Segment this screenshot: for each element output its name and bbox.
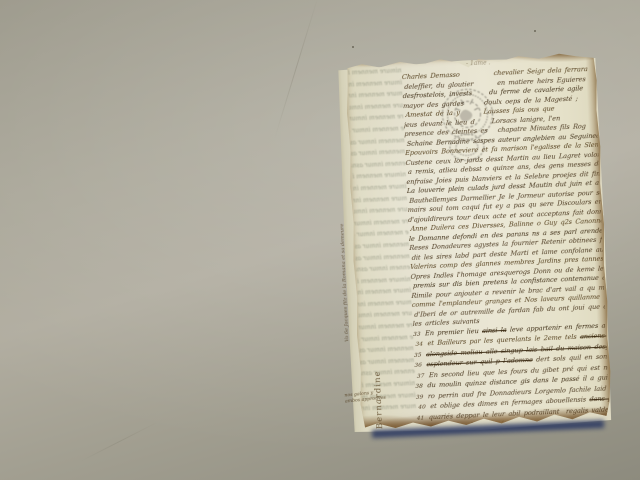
dust-speck (534, 30, 536, 32)
table-scratch (274, 0, 319, 139)
table-scratch (79, 422, 158, 463)
photo-background: nimure mennem inmur asnne vemmi sumne re… (0, 0, 640, 480)
bleedthrough-line: mure mennem inmur asnne vemmi sumne remi… (362, 401, 416, 415)
main-text-block: Charles Demasso chevalier Seigr dela fer… (402, 65, 610, 426)
manuscript-page: nimure mennem inmur asnne vemmi sumne re… (344, 51, 613, 431)
dust-speck (352, 46, 354, 48)
